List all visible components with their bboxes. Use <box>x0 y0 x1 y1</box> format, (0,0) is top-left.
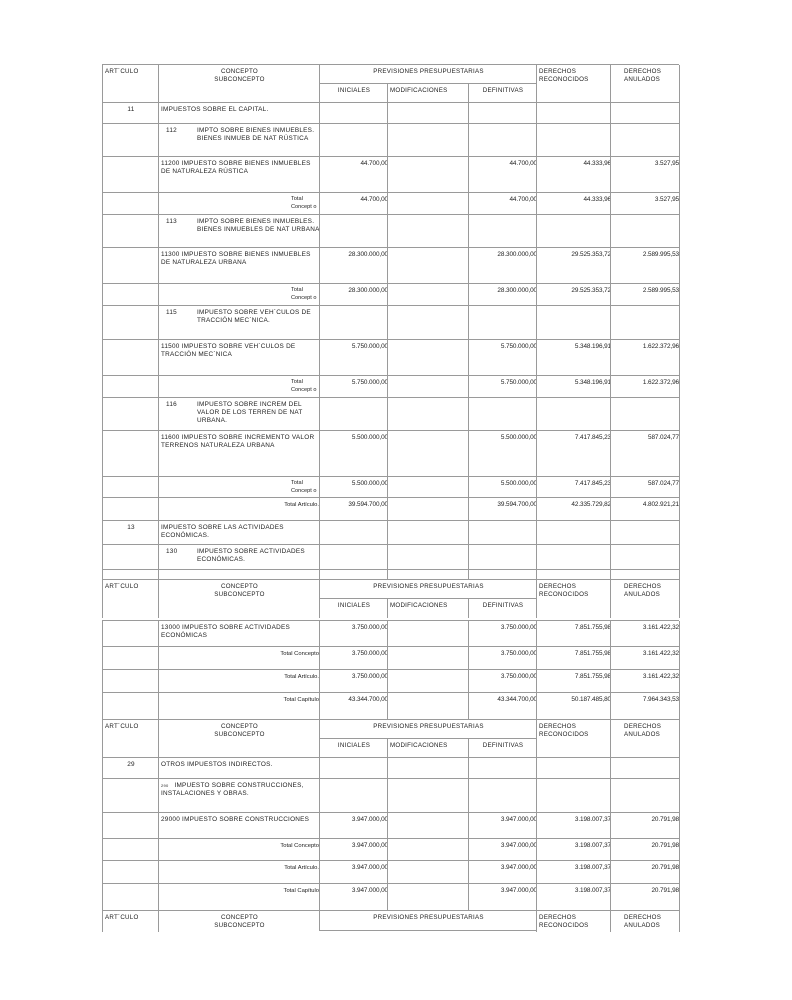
header-articulo: ART´CULO <box>102 65 159 103</box>
articulo-cell <box>102 248 159 284</box>
concepto-group: 290IMPUESTO SOBRE CONSTRUCCIONES, INSTAL… <box>161 782 320 798</box>
anulados-value: 20.791,98 <box>651 887 679 894</box>
articulo-code-value: 13 <box>103 524 159 532</box>
anulados-value: 4.802.921,21 <box>643 501 679 508</box>
articulo-code: 11 <box>102 103 159 124</box>
reconocidos-cell <box>536 306 611 340</box>
anulados-cell: 1.622.372,96 <box>610 376 680 398</box>
header-anulados-label: ANULADOS <box>624 591 679 599</box>
concepto-group: 130IMPUESTO SOBRE ACTIVIDADES ECONÓMICAS… <box>159 545 320 564</box>
anulados-value: 3.161.422,32 <box>643 673 679 680</box>
header-reconocidos-label: RECONOCIDOS <box>539 731 611 739</box>
anulados-cell: 20.791,98 <box>610 861 680 884</box>
anulados-value: 3.161.422,32 <box>643 624 679 631</box>
modificaciones-cell <box>387 498 469 521</box>
header-previsiones-group: PREVISIONES PRESUPUESTARIAS <box>319 911 537 932</box>
reconocidos-cell: 44.333,96 <box>536 193 611 215</box>
reconocidos-value: 7.851.755,98 <box>575 650 611 657</box>
definitivas-cell: 44.700,00 <box>468 157 537 193</box>
articulo-cell <box>102 670 159 693</box>
total-label-cell: Total Concept o <box>158 477 320 498</box>
total-concepto-row: Total Concepto3.750.000,003.750.000,007.… <box>102 646 679 670</box>
iniciales-cell: 3.947.000,00 <box>319 813 388 839</box>
iniciales-value: 44.700,00 <box>360 196 388 203</box>
table-header: ART´CULOCONCEPTOSUBCONCEPTOPREVISIONES P… <box>102 719 679 758</box>
anulados-value: 587.024,77 <box>648 480 679 487</box>
header-derechos-label: DERECHOS <box>624 914 679 922</box>
subconcepto-text: 11600 IMPUESTO SOBRE INCREMENTO VALOR TE… <box>161 434 320 450</box>
iniciales-cell: 5.750.000,00 <box>319 376 388 398</box>
modificaciones-cell <box>387 545 469 570</box>
definitivas-value: 5.500.000,00 <box>501 434 537 441</box>
header-reconocidos-label: RECONOCIDOS <box>539 76 611 84</box>
subconcepto-description: 11300 IMPUESTO SOBRE BIENES INMUEBLES DE… <box>158 248 320 284</box>
articulo-code-value: 11 <box>103 106 159 114</box>
reconocidos-cell <box>536 215 611 248</box>
iniciales-cell <box>319 545 388 570</box>
iniciales-cell: 3.750.000,00 <box>319 647 388 670</box>
iniciales-cell <box>319 521 388 545</box>
total-concepto-row-label: Total Concepto <box>159 842 319 850</box>
header-derechos-reconocidos: DERECHOSRECONOCIDOS <box>536 720 611 758</box>
total-label-cell: Total Artículo. <box>158 498 320 521</box>
definitivas-cell: 5.500.000,00 <box>468 431 537 477</box>
concepto-text: IMPUESTO SOBRE ACTIVIDADES ECONÓMICAS. <box>197 548 320 564</box>
definitivas-cell: 3.750.000,00 <box>468 621 537 647</box>
anulados-value: 1.622.372,96 <box>643 343 679 350</box>
subconcepto-row: 11200 IMPUESTO SOBRE BIENES INMUEBLES DE… <box>102 156 679 193</box>
subconcepto-row: 11500 IMPUESTO SOBRE VEH´CULOS DE TRACCI… <box>102 339 679 376</box>
header-concepto-label: CONCEPTO <box>159 914 320 922</box>
anulados-cell <box>610 779 680 813</box>
reconocidos-cell: 3.198.007,37 <box>536 884 611 911</box>
modificaciones-cell <box>387 884 469 911</box>
total-label-cell: Total Capítulo <box>158 693 320 720</box>
articulo-cell <box>102 545 159 570</box>
subconcepto-description: 13000 IMPUESTO SOBRE ACTIVIDADES ECONÓMI… <box>158 621 320 647</box>
header-derechos-reconocidos: DERECHOSRECONOCIDOS <box>536 580 611 618</box>
iniciales-cell: 3.750.000,00 <box>319 621 388 647</box>
iniciales-cell: 3.947.000,00 <box>319 861 388 884</box>
modificaciones-cell <box>387 647 469 670</box>
articulo-cell <box>102 340 159 376</box>
iniciales-cell <box>319 758 388 779</box>
articulo-cell <box>102 693 159 720</box>
reconocidos-value: 5.348.196,91 <box>575 379 611 386</box>
definitivas-cell <box>468 779 537 813</box>
subconcepto-text: 13000 IMPUESTO SOBRE ACTIVIDADES ECONÓMI… <box>161 624 320 640</box>
concepto-group: 112IMPTO SOBRE BIENES INMUEBLES. BIENES … <box>159 124 320 143</box>
total-label-cell: Total Artículo. <box>158 670 320 693</box>
concepto-description: 115IMPUESTO SOBRE VEH´CULOS DE TRACCIÓN … <box>158 306 320 340</box>
articulo-description: OTROS IMPUESTOS INDIRECTOS. <box>158 758 320 779</box>
subconcepto-text: 29000 IMPUESTO SOBRE CONSTRUCCIONES <box>161 816 320 824</box>
total-concepto-row: Total Concepto3.947.000,003.947.000,003.… <box>102 838 679 861</box>
iniciales-cell: 39.594.700,00 <box>319 498 388 521</box>
definitivas-value: 3.750.000,00 <box>501 624 537 631</box>
subconcepto-description: 11600 IMPUESTO SOBRE INCREMENTO VALOR TE… <box>158 431 320 477</box>
reconocidos-value: 3.198.007,37 <box>575 864 611 871</box>
iniciales-cell <box>319 103 388 124</box>
reconocidos-cell: 42.335.729,82 <box>536 498 611 521</box>
modificaciones-cell <box>387 861 469 884</box>
anulados-cell: 3.161.422,32 <box>610 647 680 670</box>
iniciales-value: 39.594.700,00 <box>348 501 388 508</box>
iniciales-value: 5.750.000,00 <box>352 343 388 350</box>
anulados-cell: 1.622.372,96 <box>610 340 680 376</box>
articulo-cell <box>102 306 159 340</box>
subconcepto-row: 29000 IMPUESTO SOBRE CONSTRUCCIONES3.947… <box>102 812 679 839</box>
total-articulo-row-label: Total Artículo. <box>159 673 319 681</box>
iniciales-cell: 44.700,00 <box>319 193 388 215</box>
modificaciones-cell <box>387 248 469 284</box>
articulo-cell <box>102 884 159 911</box>
subconcepto-description: 29000 IMPUESTO SOBRE CONSTRUCCIONES <box>158 813 320 839</box>
iniciales-cell: 5.750.000,00 <box>319 340 388 376</box>
articulo-cell <box>102 124 159 157</box>
total-capitulo-row-label: Total Capítulo <box>159 696 319 704</box>
subconcepto-description: 11500 IMPUESTO SOBRE VEH´CULOS DE TRACCI… <box>158 340 320 376</box>
header-previsiones: PREVISIONES PRESUPUESTARIAS <box>319 911 537 931</box>
header-subconcepto-label: SUBCONCEPTO <box>159 922 320 930</box>
header-concepto: CONCEPTOSUBCONCEPTO <box>158 65 320 103</box>
header-derechos-label: DERECHOS <box>539 583 611 591</box>
table-header: ART´CULOCONCEPTOSUBCONCEPTOPREVISIONES P… <box>102 910 679 932</box>
definitivas-cell <box>468 103 537 124</box>
anulados-value: 1.622.372,96 <box>643 379 679 386</box>
anulados-cell: 2.589.995,53 <box>610 284 680 306</box>
definitivas-value: 43.344.700,00 <box>497 696 537 703</box>
reconocidos-value: 50.187.485,80 <box>571 696 611 703</box>
concepto-text: IMPTO SOBRE BIENES INMUEBLES. BIENES INM… <box>197 218 320 234</box>
anulados-cell <box>610 215 680 248</box>
articulo-cell <box>102 284 159 306</box>
total-concepto-label: Total Concept o <box>291 287 321 302</box>
iniciales-cell: 3.750.000,00 <box>319 670 388 693</box>
iniciales-value: 43.344.700,00 <box>348 696 388 703</box>
concepto-text: IMPUESTO SOBRE CONSTRUCCIONES, INSTALACI… <box>161 782 304 797</box>
header-concepto: CONCEPTOSUBCONCEPTO <box>158 580 320 618</box>
iniciales-value: 3.947.000,00 <box>352 864 388 871</box>
definitivas-cell: 43.344.700,00 <box>468 693 537 720</box>
reconocidos-cell: 3.198.007,37 <box>536 861 611 884</box>
anulados-cell <box>610 398 680 431</box>
articulo-cell <box>102 498 159 521</box>
total-concepto-row: Total Concept o5.500.000,005.500.000,007… <box>102 476 679 498</box>
header-derechos-anulados: DERECHOSANULADOS <box>610 65 680 103</box>
modificaciones-cell <box>387 157 469 193</box>
header-concepto-label: CONCEPTO <box>159 68 320 76</box>
definitivas-value: 28.300.000,00 <box>497 287 537 294</box>
iniciales-value: 3.750.000,00 <box>352 624 388 631</box>
anulados-cell: 3.527,95 <box>610 157 680 193</box>
subconcepto-text: 11200 IMPUESTO SOBRE BIENES INMUEBLES DE… <box>161 160 320 176</box>
definitivas-value: 5.500.000,00 <box>501 480 537 487</box>
header-derechos-label: DERECHOS <box>624 68 679 76</box>
total-capitulo-row: Total Capítulo43.344.700,0043.344.700,00… <box>102 692 679 720</box>
concepto-text: IMPTO SOBRE BIENES INMUEBLES. BIENES INM… <box>197 127 320 143</box>
articulo-cell <box>102 398 159 431</box>
definitivas-cell: 28.300.000,00 <box>468 284 537 306</box>
anulados-cell <box>610 545 680 570</box>
anulados-cell <box>610 124 680 157</box>
reconocidos-value: 29.525.353,72 <box>571 251 611 258</box>
articulo-cell <box>102 376 159 398</box>
modificaciones-cell <box>387 621 469 647</box>
definitivas-cell <box>468 545 537 570</box>
iniciales-cell: 3.947.000,00 <box>319 884 388 911</box>
definitivas-value: 44.700,00 <box>509 196 537 203</box>
anulados-cell: 20.791,98 <box>610 813 680 839</box>
definitivas-value: 5.750.000,00 <box>501 343 537 350</box>
header-definitivas: DEFINITIVAS <box>468 84 537 103</box>
definitivas-cell: 39.594.700,00 <box>468 498 537 521</box>
total-capitulo-row: Total Capítulo3.947.000,003.947.000,003.… <box>102 883 679 911</box>
articulo-text: IMPUESTO SOBRE LAS ACTIVIDADES ECONÓMICA… <box>161 524 320 540</box>
modificaciones-cell <box>387 103 469 124</box>
definitivas-cell <box>468 521 537 545</box>
table-header: ART´CULOCONCEPTOSUBCONCEPTOPREVISIONES P… <box>102 579 679 618</box>
concepto-row: 116IMPUESTO SOBRE INCREM DEL VALOR DE LO… <box>102 397 679 431</box>
total-articulo-row: Total Artículo.3.947.000,003.947.000,003… <box>102 860 679 884</box>
subconcepto-text: 11300 IMPUESTO SOBRE BIENES INMUEBLES DE… <box>161 251 320 267</box>
iniciales-value: 28.300.000,00 <box>348 287 388 294</box>
concepto-row: 115IMPUESTO SOBRE VEH´CULOS DE TRACCIÓN … <box>102 305 679 340</box>
iniciales-value: 5.500.000,00 <box>352 434 388 441</box>
concepto-description: 290IMPUESTO SOBRE CONSTRUCCIONES, INSTAL… <box>158 779 320 813</box>
anulados-cell: 2.589.995,53 <box>610 248 680 284</box>
header-previsiones-group: PREVISIONES PRESUPUESTARIASINICIALESMODI… <box>319 580 537 618</box>
concepto-description: 113IMPTO SOBRE BIENES INMUEBLES. BIENES … <box>158 215 320 248</box>
reconocidos-cell: 7.417.845,23 <box>536 431 611 477</box>
modificaciones-cell <box>387 779 469 813</box>
header-modificaciones: MODIFICACIONES <box>387 84 469 103</box>
subconcepto-row: 11600 IMPUESTO SOBRE INCREMENTO VALOR TE… <box>102 430 679 477</box>
modificaciones-cell <box>387 340 469 376</box>
reconocidos-cell: 44.333,96 <box>536 157 611 193</box>
total-concepto-row-label: Total Concepto <box>159 650 319 658</box>
anulados-cell: 3.527,95 <box>610 193 680 215</box>
definitivas-value: 5.750.000,00 <box>501 379 537 386</box>
modificaciones-cell <box>387 124 469 157</box>
anulados-value: 20.791,98 <box>651 842 679 849</box>
header-definitivas: DEFINITIVAS <box>468 739 537 758</box>
reconocidos-cell: 5.348.196,91 <box>536 340 611 376</box>
modificaciones-cell <box>387 306 469 340</box>
iniciales-value: 5.500.000,00 <box>352 480 388 487</box>
header-anulados-label: ANULADOS <box>624 731 679 739</box>
reconocidos-cell: 3.198.007,37 <box>536 839 611 861</box>
anulados-cell: 587.024,77 <box>610 477 680 498</box>
header-concepto: CONCEPTOSUBCONCEPTO <box>158 911 320 932</box>
modificaciones-cell <box>387 215 469 248</box>
anulados-value: 20.791,98 <box>651 864 679 871</box>
header-iniciales: INICIALES <box>319 739 388 758</box>
reconocidos-cell: 7.851.755,98 <box>536 670 611 693</box>
reconocidos-cell: 7.851.755,98 <box>536 647 611 670</box>
concepto-row: 130IMPUESTO SOBRE ACTIVIDADES ECONÓMICAS… <box>102 544 679 570</box>
header-derechos-label: DERECHOS <box>539 723 611 731</box>
header-articulo: ART´CULO <box>102 580 159 618</box>
iniciales-cell: 3.947.000,00 <box>319 839 388 861</box>
reconocidos-value: 3.198.007,37 <box>575 842 611 849</box>
modificaciones-cell <box>387 521 469 545</box>
anulados-value: 3.527,95 <box>655 196 679 203</box>
articulo-row: 11IMPUESTOS SOBRE EL CAPITAL. <box>102 102 679 124</box>
definitivas-cell <box>468 306 537 340</box>
anulados-value: 7.964.343,53 <box>643 696 679 703</box>
articulo-row: 13IMPUESTO SOBRE LAS ACTIVIDADES ECONÓMI… <box>102 520 679 545</box>
modificaciones-cell <box>387 670 469 693</box>
definitivas-cell <box>468 215 537 248</box>
definitivas-value: 28.300.000,00 <box>497 251 537 258</box>
header-previsiones-group: PREVISIONES PRESUPUESTARIASINICIALESMODI… <box>319 65 537 103</box>
iniciales-cell <box>319 779 388 813</box>
articulo-cell <box>102 431 159 477</box>
articulo-text: IMPUESTOS SOBRE EL CAPITAL. <box>161 106 320 114</box>
articulo-cell <box>102 157 159 193</box>
articulo-row: 29OTROS IMPUESTOS INDIRECTOS. <box>102 757 679 779</box>
reconocidos-value: 5.348.196,91 <box>575 343 611 350</box>
header-derechos-reconocidos: DERECHOSRECONOCIDOS <box>536 911 611 932</box>
iniciales-value: 44.700,00 <box>360 160 388 167</box>
total-label-cell: Total Concepto <box>158 839 320 861</box>
reconocidos-cell: 29.525.353,72 <box>536 284 611 306</box>
definitivas-cell: 44.700,00 <box>468 193 537 215</box>
header-concepto-label: CONCEPTO <box>159 723 320 731</box>
concepto-code: 113 <box>166 218 197 234</box>
articulo-cell <box>102 621 159 647</box>
header-subconcepto-label: SUBCONCEPTO <box>159 731 320 739</box>
concepto-text: IMPUESTO SOBRE INCREM DEL VALOR DE LOS T… <box>197 401 320 425</box>
articulo-code-value: 29 <box>103 761 159 769</box>
definitivas-cell: 5.750.000,00 <box>468 340 537 376</box>
header-concepto: CONCEPTOSUBCONCEPTO <box>158 720 320 758</box>
definitivas-cell: 3.947.000,00 <box>468 861 537 884</box>
total-articulo-row-label: Total Artículo. <box>159 864 319 872</box>
reconocidos-value: 44.333,96 <box>583 160 611 167</box>
reconocidos-value: 29.525.353,72 <box>571 287 611 294</box>
concepto-description: 130IMPUESTO SOBRE ACTIVIDADES ECONÓMICAS… <box>158 545 320 570</box>
header-derechos-anulados: DERECHOSANULADOS <box>610 720 680 758</box>
header-reconocidos-label: RECONOCIDOS <box>539 591 611 599</box>
budget-document-page: ART´CULOCONCEPTOSUBCONCEPTOPREVISIONES P… <box>0 0 792 1000</box>
iniciales-cell: 5.500.000,00 <box>319 431 388 477</box>
definitivas-value: 3.947.000,00 <box>501 842 537 849</box>
header-modificaciones: MODIFICACIONES <box>387 599 469 618</box>
definitivas-value: 44.700,00 <box>509 160 537 167</box>
modificaciones-cell <box>387 477 469 498</box>
concepto-group: 116IMPUESTO SOBRE INCREM DEL VALOR DE LO… <box>159 398 320 425</box>
total-concepto-row: Total Concept o28.300.000,0028.300.000,0… <box>102 283 679 306</box>
header-subconcepto-label: SUBCONCEPTO <box>159 76 320 84</box>
iniciales-value: 3.750.000,00 <box>352 650 388 657</box>
anulados-value: 2.589.995,53 <box>643 287 679 294</box>
iniciales-cell: 44.700,00 <box>319 157 388 193</box>
reconocidos-cell <box>536 521 611 545</box>
anulados-cell <box>610 103 680 124</box>
anulados-cell: 4.802.921,21 <box>610 498 680 521</box>
header-previsiones: PREVISIONES PRESUPUESTARIAS <box>319 720 537 739</box>
reconocidos-cell: 7.851.755,98 <box>536 621 611 647</box>
reconocidos-cell <box>536 758 611 779</box>
total-articulo-row-label: Total Artículo. <box>159 501 319 509</box>
header-subconcepto-label: SUBCONCEPTO <box>159 591 320 599</box>
total-label-cell: Total Concept o <box>158 193 320 215</box>
iniciales-cell: 28.300.000,00 <box>319 284 388 306</box>
definitivas-cell: 3.750.000,00 <box>468 670 537 693</box>
definitivas-value: 3.947.000,00 <box>501 816 537 823</box>
definitivas-value: 3.947.000,00 <box>501 864 537 871</box>
definitivas-cell: 5.500.000,00 <box>468 477 537 498</box>
iniciales-value: 3.750.000,00 <box>352 673 388 680</box>
anulados-value: 3.161.422,32 <box>643 650 679 657</box>
concepto-code: 116 <box>166 401 197 425</box>
modificaciones-cell <box>387 284 469 306</box>
concepto-group: 113IMPTO SOBRE BIENES INMUEBLES. BIENES … <box>159 215 320 234</box>
header-derechos-label: DERECHOS <box>539 914 611 922</box>
definitivas-cell: 3.947.000,00 <box>468 884 537 911</box>
total-capitulo-row-label: Total Capítulo <box>159 887 319 895</box>
reconocidos-value: 7.851.755,98 <box>575 624 611 631</box>
iniciales-value: 3.947.000,00 <box>352 816 388 823</box>
anulados-value: 587.024,77 <box>648 434 679 441</box>
definitivas-cell: 28.300.000,00 <box>468 248 537 284</box>
header-reconocidos-label: RECONOCIDOS <box>539 922 611 930</box>
header-derechos-label: DERECHOS <box>539 68 611 76</box>
concepto-text: IMPUESTO SOBRE VEH´CULOS DE TRACCIÓN MEC… <box>197 309 320 325</box>
header-modificaciones: MODIFICACIONES <box>387 739 469 758</box>
anulados-cell <box>610 306 680 340</box>
definitivas-cell: 3.947.000,00 <box>468 813 537 839</box>
articulo-cell <box>102 647 159 670</box>
reconocidos-cell: 29.525.353,72 <box>536 248 611 284</box>
total-concepto-row: Total Concept o5.750.000,005.750.000,005… <box>102 375 679 398</box>
modificaciones-cell <box>387 193 469 215</box>
anulados-cell: 3.161.422,32 <box>610 621 680 647</box>
definitivas-value: 3.947.000,00 <box>501 887 537 894</box>
concepto-description: 112IMPTO SOBRE BIENES INMUEBLES. BIENES … <box>158 124 320 157</box>
table-header: ART´CULOCONCEPTOSUBCONCEPTOPREVISIONES P… <box>102 64 679 103</box>
anulados-value: 20.791,98 <box>651 816 679 823</box>
total-concepto-label: Total Concept o <box>291 379 321 394</box>
header-derechos-anulados: DERECHOSANULADOS <box>610 580 680 618</box>
reconocidos-value: 3.198.007,37 <box>575 887 611 894</box>
modificaciones-cell <box>387 693 469 720</box>
total-articulo-row: Total Artículo.39.594.700,0039.594.700,0… <box>102 497 679 521</box>
modificaciones-cell <box>387 398 469 431</box>
reconocidos-cell <box>536 103 611 124</box>
articulo-cell <box>102 839 159 861</box>
articulo-code: 13 <box>102 521 159 545</box>
iniciales-cell <box>319 306 388 340</box>
subconcepto-text: 11500 IMPUESTO SOBRE VEH´CULOS DE TRACCI… <box>161 343 320 359</box>
header-previsiones: PREVISIONES PRESUPUESTARIAS <box>319 65 537 84</box>
subconcepto-description: 11200 IMPUESTO SOBRE BIENES INMUEBLES DE… <box>158 157 320 193</box>
anulados-cell: 20.791,98 <box>610 884 680 911</box>
header-anulados-label: ANULADOS <box>624 922 679 930</box>
anulados-cell: 7.964.343,53 <box>610 693 680 720</box>
iniciales-cell <box>319 124 388 157</box>
reconocidos-cell: 7.417.845,23 <box>536 477 611 498</box>
concepto-code: 112 <box>166 127 197 143</box>
header-articulo: ART´CULO <box>102 911 159 932</box>
definitivas-cell <box>468 398 537 431</box>
header-articulo: ART´CULO <box>102 720 159 758</box>
reconocidos-value: 7.417.845,23 <box>575 480 611 487</box>
header-iniciales: INICIALES <box>319 599 388 618</box>
reconocidos-value: 7.417.845,23 <box>575 434 611 441</box>
